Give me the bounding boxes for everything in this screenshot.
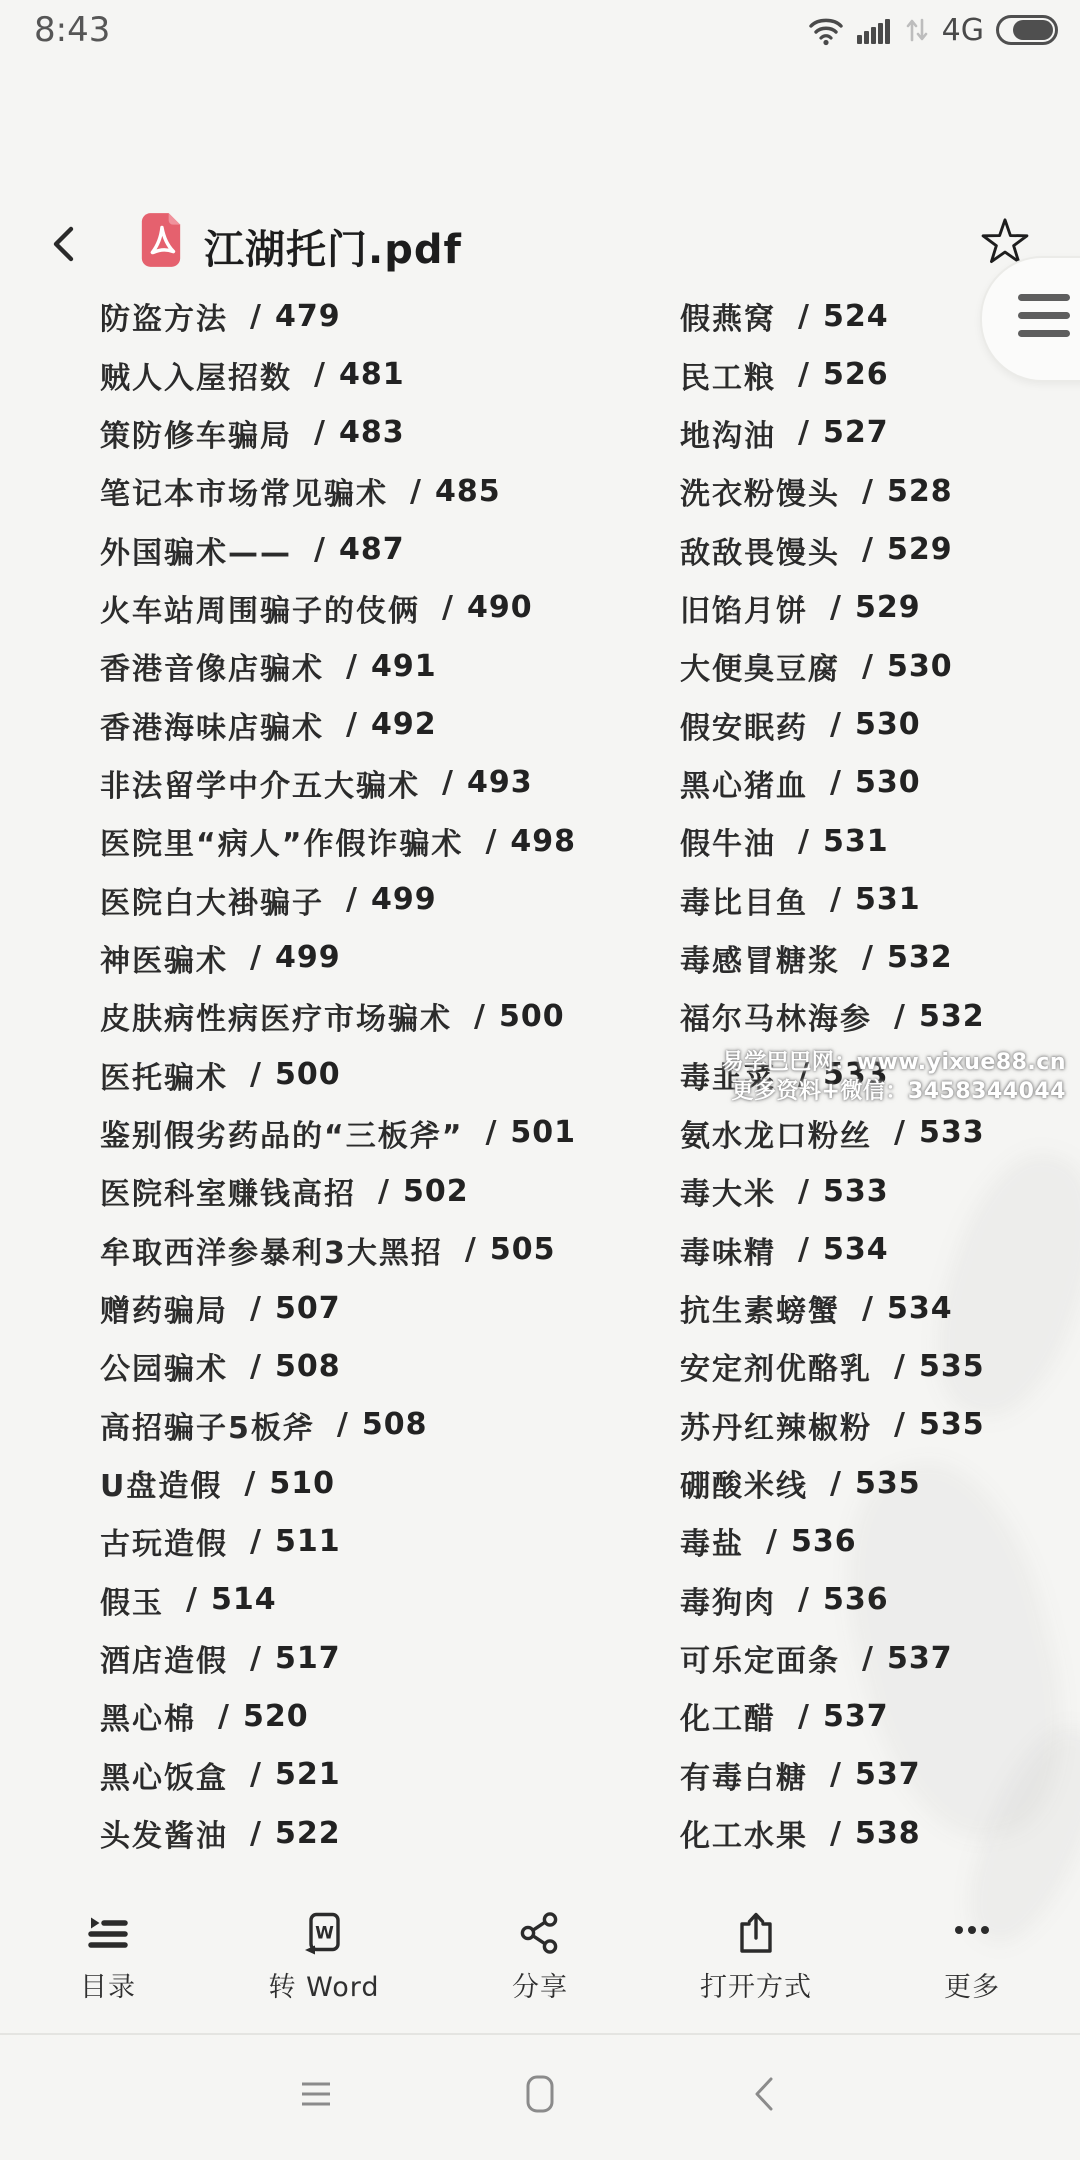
watermark: 易学巴巴网：www.yixue88.cn 更多资料+微信：3458344044 (722, 1048, 1066, 1106)
toc-entry-separator: / (798, 299, 809, 334)
toc-entry-title: 可乐定面条 (680, 1636, 840, 1680)
toc-entry-title: 医院里“病人”作假诈骗术 (100, 819, 463, 863)
toc-entry-page: 533 (823, 1174, 889, 1209)
toc-entry-title: 酒店造假 (100, 1636, 228, 1680)
toc-entry-page: 502 (403, 1174, 469, 1209)
toc-entry-separator: / (830, 707, 841, 742)
toc-entry-separator: / (465, 1232, 476, 1267)
toc-entry-title: 假玉 (100, 1578, 164, 1622)
toolbar-label: 打开方式 (700, 1965, 812, 2004)
toc-entry[interactable]: 黑心棉/520 (100, 1687, 576, 1745)
toc-entry-page: 527 (823, 415, 889, 450)
toc-entry[interactable]: 香港海味店骗术/492 (100, 695, 576, 753)
toc-entry-title: 毒大米 (680, 1169, 776, 1213)
toc-entry-title: 民工粮 (680, 353, 776, 397)
toc-entry[interactable]: 赠药骗局/507 (100, 1279, 576, 1337)
toc-entry-title: 苏丹红辣椒粉 (680, 1403, 872, 1447)
toolbar-button-share[interactable]: 分享 (432, 1910, 648, 2004)
toc-entry-page: 483 (339, 415, 405, 450)
toc-entry[interactable]: 鉴别假劣药品的“三板斧”/501 (100, 1104, 576, 1162)
toc-entry-page: 485 (435, 474, 501, 509)
toc-entry-separator: / (244, 1466, 255, 1501)
toc-entry-title: 有毒白糖 (680, 1753, 808, 1797)
toc-entry-title: 策防修车骗局 (100, 411, 292, 455)
toc-entry-separator: / (346, 882, 357, 917)
document-title: 江湖托门.pdf (204, 218, 462, 275)
toc-entry[interactable]: 黑心猪血/530 (680, 754, 985, 812)
toc-entry-page: 531 (823, 824, 889, 859)
toc-entry-title: 外国骗术—— (100, 528, 292, 572)
toc-entry-title: 化工水果 (680, 1811, 808, 1855)
toc-entry[interactable]: 苏丹红辣椒粉/535 (680, 1396, 985, 1454)
toc-entry-title: 毒盐 (680, 1519, 744, 1563)
toc-entry-separator: / (250, 1524, 261, 1559)
toc-entry[interactable]: 地沟油/527 (680, 404, 985, 462)
header: 江湖托门.pdf (0, 100, 1080, 190)
toc-entry-page: 532 (919, 999, 985, 1034)
watermark-line1: 易学巴巴网：www.yixue88.cn (722, 1048, 1066, 1077)
toc-entry-separator: / (442, 590, 453, 625)
toc-entry-separator: / (830, 590, 841, 625)
toc-entry-page: 522 (275, 1816, 341, 1851)
toc-entry-separator: / (442, 765, 453, 800)
toc-entry-title: 敌敌畏馒头 (680, 528, 840, 572)
toc-entry-page: 479 (275, 299, 341, 334)
toc-entry[interactable]: 高招骗子5板斧/508 (100, 1396, 576, 1454)
toc-entry-title: 黑心饭盒 (100, 1753, 228, 1797)
toc-entry-page: 517 (275, 1641, 341, 1676)
toc-entry-page: 501 (510, 1115, 576, 1150)
toc-entry-separator: / (250, 1816, 261, 1851)
toc-entry-page: 532 (887, 940, 953, 975)
hamburger-icon (1018, 294, 1070, 337)
toc-entry-separator: / (766, 1524, 777, 1559)
toc-entry[interactable]: 毒味精/534 (680, 1221, 985, 1279)
toc-entry-title: 皮肤病性病医疗市场骗术 (100, 994, 452, 1038)
toc-entry-title: 毒味精 (680, 1228, 776, 1272)
network-type-label: 4G (942, 13, 984, 48)
toc-entry-page: 538 (855, 1816, 921, 1851)
toc-entry-page: 508 (275, 1349, 341, 1384)
toc-entry-page: 492 (371, 707, 437, 742)
toc-entry[interactable]: 古玩造假/511 (100, 1512, 576, 1570)
toc-entry-separator: / (346, 649, 357, 684)
status-bar: 8:43 4G (0, 0, 1080, 60)
toc-entry-page: 520 (243, 1699, 309, 1734)
toc-entry-separator: / (798, 1232, 809, 1267)
toc-entry[interactable]: 黑心饭盒/521 (100, 1746, 576, 1804)
toc-entry-title: 假牛油 (680, 819, 776, 863)
toc-entry-title: 安定剂优酪乳 (680, 1344, 872, 1388)
toc-entry-separator: / (862, 1291, 873, 1326)
toc-entry[interactable]: 医院科室赚钱高招/502 (100, 1162, 576, 1220)
toc-entry-page: 530 (887, 649, 953, 684)
toc-entry-page: 530 (855, 765, 921, 800)
toc-entry-title: 非法留学中介五大骗术 (100, 761, 420, 805)
toc-entry-title: 医院白大褂骗子 (100, 878, 324, 922)
toc-entry-separator: / (830, 1757, 841, 1792)
toc-entry-separator: / (798, 1174, 809, 1209)
toc-entry-page: 508 (362, 1407, 428, 1442)
toc-entry-page: 530 (855, 707, 921, 742)
toc-entry[interactable]: 敌敌畏馒头/529 (680, 520, 985, 578)
toc-entry-title: 大便臭豆腐 (680, 644, 840, 688)
more-dots-icon (949, 1910, 995, 1956)
toc-entry-separator: / (250, 1291, 261, 1326)
toc-entry[interactable]: 民工粮/526 (680, 345, 985, 403)
toc-entry-title: 毒感冒糖浆 (680, 936, 840, 980)
toc-entry[interactable]: 医院里“病人”作假诈骗术/498 (100, 812, 576, 870)
toc-entry[interactable]: 毒大米/533 (680, 1162, 985, 1220)
toolbar-button-to-word[interactable]: W 转 Word (216, 1910, 432, 2004)
toc-entry-page: 511 (275, 1524, 341, 1559)
toc-entry-separator: / (798, 415, 809, 450)
toc-entry[interactable]: 香港音像店骗术/491 (100, 637, 576, 695)
toc-entry-page: 529 (887, 532, 953, 567)
home-icon[interactable] (512, 2066, 568, 2122)
toc-entry-page: 536 (791, 1524, 857, 1559)
toc-entry-page: 528 (887, 474, 953, 509)
toc-entry-separator: / (798, 1699, 809, 1734)
recents-icon[interactable] (288, 2066, 344, 2122)
toc-entry-separator: / (830, 882, 841, 917)
toc-entry-title: U盘造假 (100, 1461, 222, 1505)
toc-entry-page: 531 (855, 882, 921, 917)
toc-entry-page: 487 (339, 532, 405, 567)
toc-entry-page: 490 (467, 590, 533, 625)
toc-entry-title: 古玩造假 (100, 1519, 228, 1563)
toc-entry-page: 499 (371, 882, 437, 917)
toc-entry[interactable]: 火车站周围骗子的伎俩/490 (100, 579, 576, 637)
toc-entry[interactable]: 神医骗术/499 (100, 929, 576, 987)
toc-entry-separator: / (830, 1466, 841, 1501)
toc-entry[interactable]: 福尔马林海参/532 (680, 987, 985, 1045)
toc-entry-separator: / (862, 940, 873, 975)
toc-entry-separator: / (410, 474, 421, 509)
toc-entry[interactable]: 大便臭豆腐/530 (680, 637, 985, 695)
toc-entry-separator: / (378, 1174, 389, 1209)
toc-entry[interactable]: U盘造假/510 (100, 1454, 576, 1512)
toc-entry-separator: / (485, 824, 496, 859)
toc-entry-page: 524 (823, 299, 889, 334)
toc-entry-page: 533 (919, 1115, 985, 1150)
toc-entry-title: 氨水龙口粉丝 (680, 1111, 872, 1155)
toc-entry-separator: / (186, 1582, 197, 1617)
toc-entry[interactable]: 公园骗术/508 (100, 1337, 576, 1395)
toc-entry-title: 旧馅月饼 (680, 586, 808, 630)
toc-entry-title: 火车站周围骗子的伎俩 (100, 586, 420, 630)
toc-entry[interactable]: 外国骗术——/487 (100, 520, 576, 578)
toc-entry-separator: / (862, 532, 873, 567)
toc-entry-separator: / (474, 999, 485, 1034)
nav-back-icon[interactable] (737, 2066, 793, 2122)
toolbar-button-more[interactable]: 更多 (864, 1910, 1080, 2004)
toc-entry-page: 529 (855, 590, 921, 625)
toc-entry-separator: / (798, 1582, 809, 1617)
toc-entry-title: 黑心棉 (100, 1694, 196, 1738)
floating-menu-handle[interactable] (980, 256, 1080, 382)
toc-entry-separator: / (894, 1115, 905, 1150)
toc-entry-separator: / (830, 765, 841, 800)
toc-entry-title: 化工醋 (680, 1694, 776, 1738)
toc-entry-page: 500 (499, 999, 565, 1034)
toc-entry-page: 499 (275, 940, 341, 975)
toc-entry[interactable]: 策防修车骗局/483 (100, 404, 576, 462)
toc-entry-title: 神医骗术 (100, 936, 228, 980)
toc-entry[interactable]: 贼人入屋招数/481 (100, 345, 576, 403)
toc-entry-page: 514 (211, 1582, 277, 1617)
open-with-icon (733, 1910, 779, 1956)
toc-entry[interactable]: 毒比目鱼/531 (680, 870, 985, 928)
toc-entry-page: 481 (339, 357, 405, 392)
toc-entry-page: 510 (269, 1466, 335, 1501)
toc-entry-separator: / (314, 532, 325, 567)
toolbar-label: 更多 (944, 1965, 1000, 2004)
toc-entry-title: 医院科室赚钱高招 (100, 1169, 356, 1213)
toc-entry-title: 地沟油 (680, 411, 776, 455)
toc-entry-separator: / (250, 299, 261, 334)
toc-entry-separator: / (250, 1349, 261, 1384)
toc-entry-title: 假安眠药 (680, 703, 808, 747)
toc-entry-title: 牟取西洋参暴利3大黑招 (100, 1228, 443, 1272)
toc-entry-separator: / (830, 1816, 841, 1851)
status-time: 8:43 (34, 10, 110, 50)
toolbar-label: 转 Word (269, 1965, 380, 2004)
toc-entry-page: 534 (823, 1232, 889, 1267)
toc-entry-title: 洗衣粉馒头 (680, 469, 840, 513)
toc-entry-title: 防盗方法 (100, 294, 228, 338)
system-navbar (0, 2066, 1080, 2130)
toc-entry-page: 521 (275, 1757, 341, 1792)
back-icon[interactable] (44, 222, 84, 266)
toc-entry-separator: / (798, 357, 809, 392)
toc-entry-title: 假燕窝 (680, 294, 776, 338)
toc-entry[interactable]: 皮肤病性病医疗市场骗术/500 (100, 987, 576, 1045)
toc-entry-separator: / (894, 1407, 905, 1442)
toc-entry-title: 赠药骗局 (100, 1286, 228, 1330)
toc-entry[interactable]: 医院白大褂骗子/499 (100, 870, 576, 928)
toc-column-left: 防盗方法/479贼人入屋招数/481策防修车骗局/483笔记本市场常见骗术/48… (100, 287, 576, 1862)
toc-entry-page: 491 (371, 649, 437, 684)
toc-entry-separator: / (314, 357, 325, 392)
toc-entry-page: 493 (467, 765, 533, 800)
toc-entry-separator: / (314, 415, 325, 450)
toolbar-button-contents[interactable]: 目录 (0, 1910, 216, 2004)
toc-entry-separator: / (485, 1115, 496, 1150)
toc-entry-title: 鉴别假劣药品的“三板斧” (100, 1111, 463, 1155)
toc-entry-separator: / (250, 1757, 261, 1792)
toc-entry[interactable]: 头发酱油/522 (100, 1804, 576, 1862)
toc-entry-separator: / (337, 1407, 348, 1442)
toc-entry-title: 高招骗子5板斧 (100, 1403, 315, 1447)
toc-entry-title: 香港海味店骗术 (100, 703, 324, 747)
toc-entry-separator: / (894, 999, 905, 1034)
toc-entry[interactable]: 非法留学中介五大骗术/493 (100, 754, 576, 812)
toc-entry-separator: / (250, 1641, 261, 1676)
toc-entry[interactable]: 氨水龙口粉丝/533 (680, 1104, 985, 1162)
toc-entry-page: 526 (823, 357, 889, 392)
toc-entry-separator: / (798, 824, 809, 859)
toc-entry-title: 硼酸米线 (680, 1461, 808, 1505)
share-icon (517, 1910, 563, 1956)
toc-entry-title: 毒狗肉 (680, 1578, 776, 1622)
toc-entry[interactable]: 假安眠药/530 (680, 695, 985, 753)
contents-list-icon (85, 1910, 131, 1956)
toc-entry[interactable]: 旧馅月饼/529 (680, 579, 985, 637)
status-icons: 4G (808, 12, 1058, 48)
toc-entry-separator: / (250, 940, 261, 975)
toc-entry[interactable]: 洗衣粉馒头/528 (680, 462, 985, 520)
toc-entry-page: 500 (275, 1057, 341, 1092)
toc-entry-title: 医托骗术 (100, 1053, 228, 1097)
toc-entry[interactable]: 防盗方法/479 (100, 287, 576, 345)
toc-entry-title: 贼人入屋招数 (100, 353, 292, 397)
toc-entry[interactable]: 牟取西洋参暴利3大黑招/505 (100, 1221, 576, 1279)
toc-entry-separator: / (250, 1057, 261, 1092)
toc-entry-title: 福尔马林海参 (680, 994, 872, 1038)
toc-entry[interactable]: 酒店造假/517 (100, 1629, 576, 1687)
battery-icon (996, 15, 1058, 45)
toc-entry[interactable]: 毒感冒糖浆/532 (680, 929, 985, 987)
watermark-line2: 更多资料+微信：3458344044 (722, 1077, 1066, 1106)
toolbar-label: 分享 (512, 1965, 568, 2004)
toc-entry-title: 公园骗术 (100, 1344, 228, 1388)
toc-entry-separator: / (218, 1699, 229, 1734)
toc-entry[interactable]: 医托骗术/500 (100, 1045, 576, 1103)
wifi-icon (808, 14, 844, 46)
toc-entry-separator: / (862, 649, 873, 684)
toc-entry-page: 507 (275, 1291, 341, 1326)
toc-entry[interactable]: 假牛油/531 (680, 812, 985, 870)
toolbar-button-open-with[interactable]: 打开方式 (648, 1910, 864, 2004)
signal-strength-icon (856, 14, 892, 46)
toc-entry-title: 头发酱油 (100, 1811, 228, 1855)
toc-entry[interactable]: 假燕窝/524 (680, 287, 985, 345)
toc-entry[interactable]: 假玉/514 (100, 1571, 576, 1629)
toc-entry-title: 毒比目鱼 (680, 878, 808, 922)
toc-entry-page: 498 (510, 824, 576, 859)
toolbar-label: 目录 (80, 1965, 136, 2004)
toc-entry-title: 抗生素螃蟹 (680, 1286, 840, 1330)
data-arrows-icon (904, 14, 930, 46)
svg-text:W: W (315, 1924, 334, 1944)
word-convert-icon: W (301, 1910, 347, 1956)
toc-entry-page: 505 (490, 1232, 556, 1267)
pdf-viewer-screen: 8:43 4G (0, 0, 1080, 2160)
toc-entry[interactable]: 笔记本市场常见骗术/485 (100, 462, 576, 520)
toc-entry-title: 香港音像店骗术 (100, 644, 324, 688)
bottom-toolbar: 目录 W 转 Word 分享 (0, 1910, 1080, 2004)
toc-entry-separator: / (862, 474, 873, 509)
toc-entry-separator: / (346, 707, 357, 742)
toc-entry-title: 黑心猪血 (680, 761, 808, 805)
pdf-file-icon (138, 212, 184, 268)
navbar-divider (0, 2033, 1080, 2035)
toc-entry-title: 笔记本市场常见骗术 (100, 469, 388, 513)
toc-entry-separator: / (894, 1349, 905, 1384)
